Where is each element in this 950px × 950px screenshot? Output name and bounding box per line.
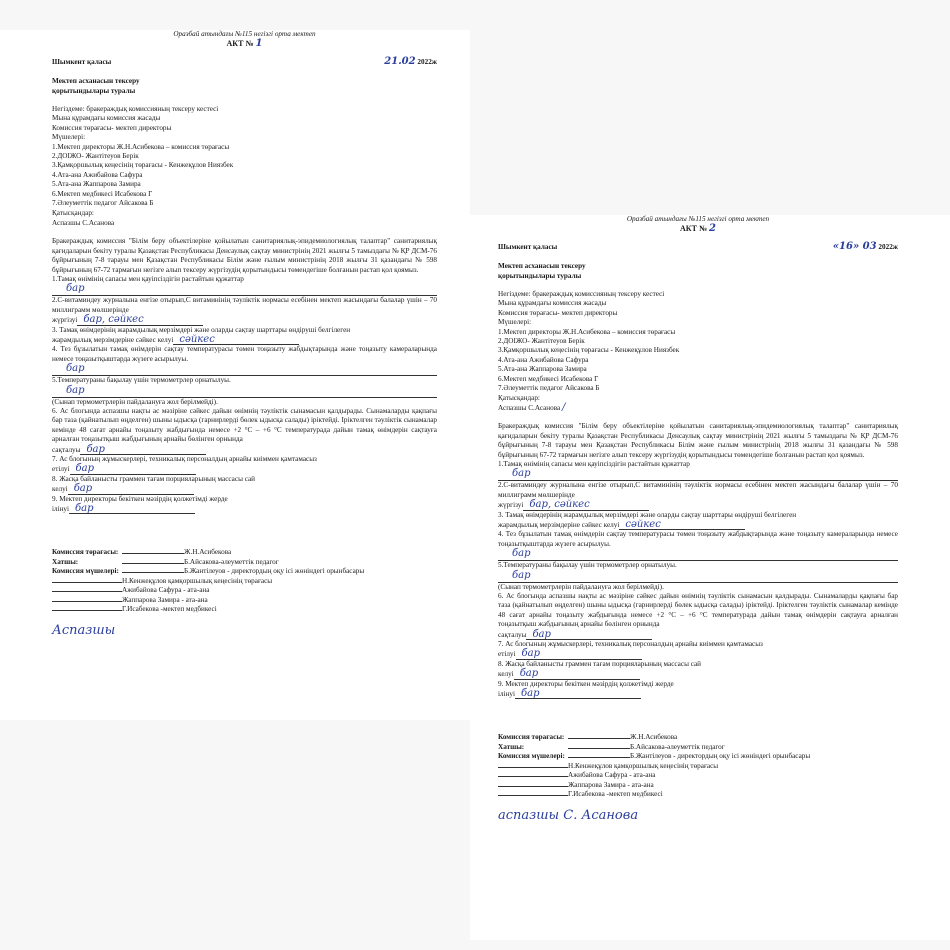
intro-paragraph: Бракераждық комиссия "Білім беру объекті… [52,237,437,275]
signature-row: Ажибайова Сафура - ата-ана [52,586,437,595]
member-item: 7.Әлеуметтік педагог Айсакова Б [52,199,437,208]
signature-mark [498,767,568,768]
member-item: 5.Ата-ана Жаппарова Замира [52,180,437,189]
handwritten-answer: бар [52,364,437,376]
item-text: 6. Ас блогында аспазшы нақты ас мәзіріне… [498,592,898,630]
handwritten-answer: бар [516,649,642,659]
signature-label: Комиссия төрағасы: [52,548,122,557]
member-item: 4.Ата-ана Ажибайова Сафура [498,356,898,365]
member-item: 1.Мектеп директоры Ж.Н.Асибекова – комис… [498,328,898,337]
signature-label: Хатшы: [498,743,568,752]
signature-row: Комиссия төрағасы:Ж.Н.Асибекова [52,548,437,557]
signatory-name: Жаппарова Замира - ата-ана [122,596,208,605]
handwritten-answer: сәйкес [619,520,745,530]
item-text: 6. Ас блогында аспазшы нақты ас мәзіріне… [52,407,437,445]
signature-mark [52,582,122,583]
item-suffix: сақталуы [52,446,80,454]
item-suffix: жарамдылық мерзімдеріне сәйкес келуі [498,521,619,529]
signature-row: Хатшы:Б.Айсакова-әлеуметтік педагог [498,743,898,752]
signature-row: Г.Исабекова -мектеп медбикесі [52,605,437,614]
act-number: 2 [709,223,716,234]
inspection-item: 1.Тамақ өнімінің сапасы мен қауіпсіздігі… [498,460,898,481]
inspection-item: 5.Температураны бақылау үшін термометрле… [498,561,898,592]
handwritten-answer: бар, сәйкес [77,315,203,325]
inspection-item: 9. Мектеп директоры бекіткен мәзірдің қо… [52,495,437,515]
handwritten-answer: бар [80,445,206,455]
item-text: 4. Тез бұзылатын тамақ өнімдерін сақтау … [52,345,437,364]
signatory-name: Жаппарова Замира - ата-ана [568,781,654,790]
member-item: 6.Мектеп медбикесі Исабекова Г [498,375,898,384]
members-list: 1.Мектеп директоры Ж.Н.Асибекова – комис… [52,143,437,209]
document-body: Оразбай атындағы №115 негізгі орта мекте… [498,215,898,821]
inspection-item: 8. Жасқа байланысты граммен тағам порция… [52,475,437,495]
act-heading: АКТ № 1 [52,39,437,48]
final-signature: аспазшы С. Асанова [498,811,898,820]
item-text: 5.Температураны бақылау үшін термометрле… [498,561,898,570]
handwritten-answer: бар [498,549,898,561]
document-title: Мектеп асханасын тексеру қорытындылары т… [498,262,898,281]
signature-mark [568,738,630,739]
item-suffix: жүргізуі [498,501,523,509]
signatory-name: Г.Исабекова -мектеп медбикесі [568,790,663,799]
handwritten-answer: бар, сәйкес [523,500,649,510]
act-heading: АКТ № 2 [498,224,898,233]
signatory-name: Б.Айсакова-әлеуметтік педагог [184,558,279,567]
signature-mark [122,553,184,554]
signatory-name: Н.Кенжеқұлов қамқоршылық кеңесінің төрағ… [122,577,272,586]
signatory-name: Б.Жантілеуов - директордың оқу ісі жөнін… [630,752,810,761]
inspection-item: 1.Тамақ өнімінің сапасы мен қауіпсіздігі… [52,275,437,296]
inspection-item: 2.С-витаминдеу журналына енгізе отырып,С… [498,481,898,510]
item-text: 7. Ас блогының жұмыскерлері, техникалық … [498,640,898,649]
act-date: 21.02 2022ж [384,57,437,67]
handwritten-answer: бар [515,689,641,699]
inspection-item: 7. Ас блогының жұмыскерлері, техникалық … [52,455,437,475]
city: Шымкент қаласы [498,243,557,252]
inspection-item: 3. Тамақ өнімдерінің жарамдылық мерзімде… [52,326,437,346]
signature-mark [498,795,568,796]
signature-row: Жаппарова Замира - ата-ана [52,596,437,605]
inspection-item: 4. Тез бұзылатын тамақ өнімдерін сақтау … [498,530,898,561]
item-text: 8. Жасқа байланысты граммен тағам порция… [52,475,437,484]
handwritten-answer: бар [526,630,652,640]
item-suffix: ілінуі [498,690,515,698]
signatory-name: Г.Исабекова -мектеп медбикесі [122,605,217,614]
inspection-item: 5.Температураны бақылау үшін термометрле… [52,376,437,407]
item-text: 2.С-витаминдеу журналына енгізе отырып,С… [498,481,898,500]
item-text: 9. Мектеп директоры бекіткен мәзірдің қо… [52,495,437,504]
member-item: 1.Мектеп директоры Ж.Н.Асибекова – комис… [52,143,437,152]
signature-row: Комиссия мүшелері:Б.Жантілеуов - директо… [52,567,437,576]
item-text: 8. Жасқа байланысты граммен тағам порция… [498,660,898,669]
document-title: Мектеп асханасын тексеру қорытындылары т… [52,77,437,96]
member-item: 5.Ата-ана Жаппарова Замира [498,365,898,374]
signature-row: Комиссия төрағасы:Ж.Н.Асибекова [498,733,898,742]
signature-mark [498,776,568,777]
item-note: (Сынап термометрлерін пайдалануға жол бе… [498,583,898,592]
inspection-item: 8. Жасқа байланысты граммен тағам порция… [498,660,898,680]
handwritten-answer: бар [498,469,898,481]
signature-mark [122,572,184,573]
item-suffix: жарамдылық мерзімдеріне сәйкес келуі [52,336,173,344]
signatory-name: Б.Жантілеуов - директордың оқу ісі жөнін… [184,567,364,576]
document-body: Оразбай атындағы №115 негізгі орта мекте… [52,30,437,636]
signature-block: Комиссия төрағасы:Ж.Н.АсибековаХатшы:Б.А… [52,548,437,614]
act-document-1: Оразбай атындағы №115 негізгі орта мекте… [0,30,470,720]
member-item: 7.Әлеуметтік педагог Айсакова Б [498,384,898,393]
signature-label: Хатшы: [52,558,122,567]
inspection-item: 2.С-витаминдеу журналына енгізе отырып,С… [52,296,437,325]
member-item: 6.Мектеп медбикесі Исабекова Г [52,190,437,199]
member-item: 3.Қамқоршылық кеңесінің төрағасы - Кенже… [52,161,437,170]
signature-mark [52,610,122,611]
signature-label: Комиссия мүшелері: [52,567,122,576]
item-text: 4. Тез бұзылатын тамақ өнімдерін сақтау … [498,530,898,549]
signature-mark [52,601,122,602]
signature-mark [122,563,184,564]
signature-mark [568,757,630,758]
act-date: «16» 03 2022ж [833,242,898,252]
signature-row: Н.Кенжеқұлов қамқоршылық кеңесінің төрағ… [52,577,437,586]
member-item: 2.ДОІЖО- Жантітеуов Берік [52,152,437,161]
signatory-name: Ажибайова Сафура - ата-ана [568,771,655,780]
commission-info: Негіздеме: бракераждық комиссияның тексе… [498,290,898,413]
signature-row: Хатшы:Б.Айсакова-әлеуметтік педагог [52,558,437,567]
handwritten-answer: бар [69,504,195,514]
signature-block: Комиссия төрағасы:Ж.Н.АсибековаХатшы:Б.А… [498,733,898,799]
signature-row: Ажибайова Сафура - ата-ана [498,771,898,780]
school-name: Оразбай атындағы №115 негізгі орта мекте… [52,30,437,39]
signature-mark [568,748,630,749]
member-item: 3.Қамқоршылық кеңесінің төрағасы - Кенже… [498,346,898,355]
signature-label: Комиссия мүшелері: [498,752,568,761]
signature-row: Н.Кенжеқұлов қамқоршылық кеңесінің төрағ… [498,762,898,771]
member-item: 2.ДОІЖО- Жантітеуов Берік [498,337,898,346]
inspection-item: 9. Мектеп директоры бекіткен мәзірдің қо… [498,680,898,700]
member-item: 4.Ата-ана Ажибайова Сафура [52,171,437,180]
act-number: 1 [255,38,262,49]
signature-mark [52,591,122,592]
signatory-name: Ж.Н.Асибекова [184,548,231,557]
item-text: 9. Мектеп директоры бекіткен мәзірдің қо… [498,680,898,689]
signature-row: Комиссия мүшелері:Б.Жантілеуов - директо… [498,752,898,761]
item-text: 1.Тамақ өнімінің сапасы мен қауіпсіздігі… [52,275,437,284]
handwritten-answer: бар [68,484,194,494]
item-text: 3. Тамақ өнімдерінің жарамдылық мерзімде… [52,326,437,335]
item-suffix: етілуі [498,650,516,658]
item-suffix: келуі [52,485,68,493]
signatory-name: Ж.Н.Асибекова [630,733,677,742]
intro-paragraph: Бракераждық комиссия "Білім беру объекті… [498,422,898,460]
inspection-item: 7. Ас блогының жұмыскерлері, техникалық … [498,640,898,660]
signature-mark [498,786,568,787]
handwritten-answer: бар [52,284,437,296]
item-note: (Сынап термометрлерін пайдалануға жол бе… [52,398,437,407]
inspection-item: 6. Ас блогында аспазшы нақты ас мәзіріне… [52,407,437,455]
item-suffix: етілуі [52,465,70,473]
item-text: 3. Тамақ өнімдерінің жарамдылық мерзімде… [498,511,898,520]
members-list: 1.Мектеп директоры Ж.Н.Асибекова – комис… [498,328,898,394]
item-text: 2.С-витаминдеу журналына енгізе отырып,С… [52,296,437,315]
inspection-items: 1.Тамақ өнімінің сапасы мен қауіпсіздігі… [498,460,898,700]
handwritten-answer: бар [70,464,196,474]
handwritten-answer: бар [514,669,640,679]
inspection-item: 6. Ас блогында аспазшы нақты ас мәзіріне… [498,592,898,640]
signatory-name: Ажибайова Сафура - ата-ана [122,586,209,595]
item-text: 7. Ас блогының жұмыскерлері, техникалық … [52,455,437,464]
item-suffix: жүргізуі [52,316,77,324]
inspection-items: 1.Тамақ өнімінің сапасы мен қауіпсіздігі… [52,275,437,515]
item-text: 5.Температураны бақылау үшін термометрле… [52,376,437,385]
signatory-name: Б.Айсакова-әлеуметтік педагог [630,743,725,752]
commission-info: Негіздеме: бракераждық комиссияның тексе… [52,105,437,228]
handwritten-answer: бар [498,571,898,583]
signature-row: Г.Исабекова -мектеп медбикесі [498,790,898,799]
city: Шымкент қаласы [52,58,111,67]
handwritten-answer: бар [52,386,437,398]
inspection-item: 4. Тез бұзылатын тамақ өнімдерін сақтау … [52,345,437,376]
item-suffix: келуі [498,670,514,678]
act-document-2: Оразбай атындағы №115 негізгі орта мекте… [470,215,950,940]
signatory-name: Н.Кенжеқұлов қамқоршылық кеңесінің төрағ… [568,762,718,771]
item-suffix: ілінуі [52,505,69,513]
signature-label: Комиссия төрағасы: [498,733,568,742]
item-suffix: сақталуы [498,631,526,639]
final-signature: Аспазшы [52,626,437,635]
signature-row: Жаппарова Замира - ата-ана [498,781,898,790]
school-name: Оразбай атындағы №115 негізгі орта мекте… [498,215,898,224]
item-text: 1.Тамақ өнімінің сапасы мен қауіпсіздігі… [498,460,898,469]
inspection-item: 3. Тамақ өнімдерінің жарамдылық мерзімде… [498,511,898,531]
handwritten-answer: сәйкес [173,335,299,345]
